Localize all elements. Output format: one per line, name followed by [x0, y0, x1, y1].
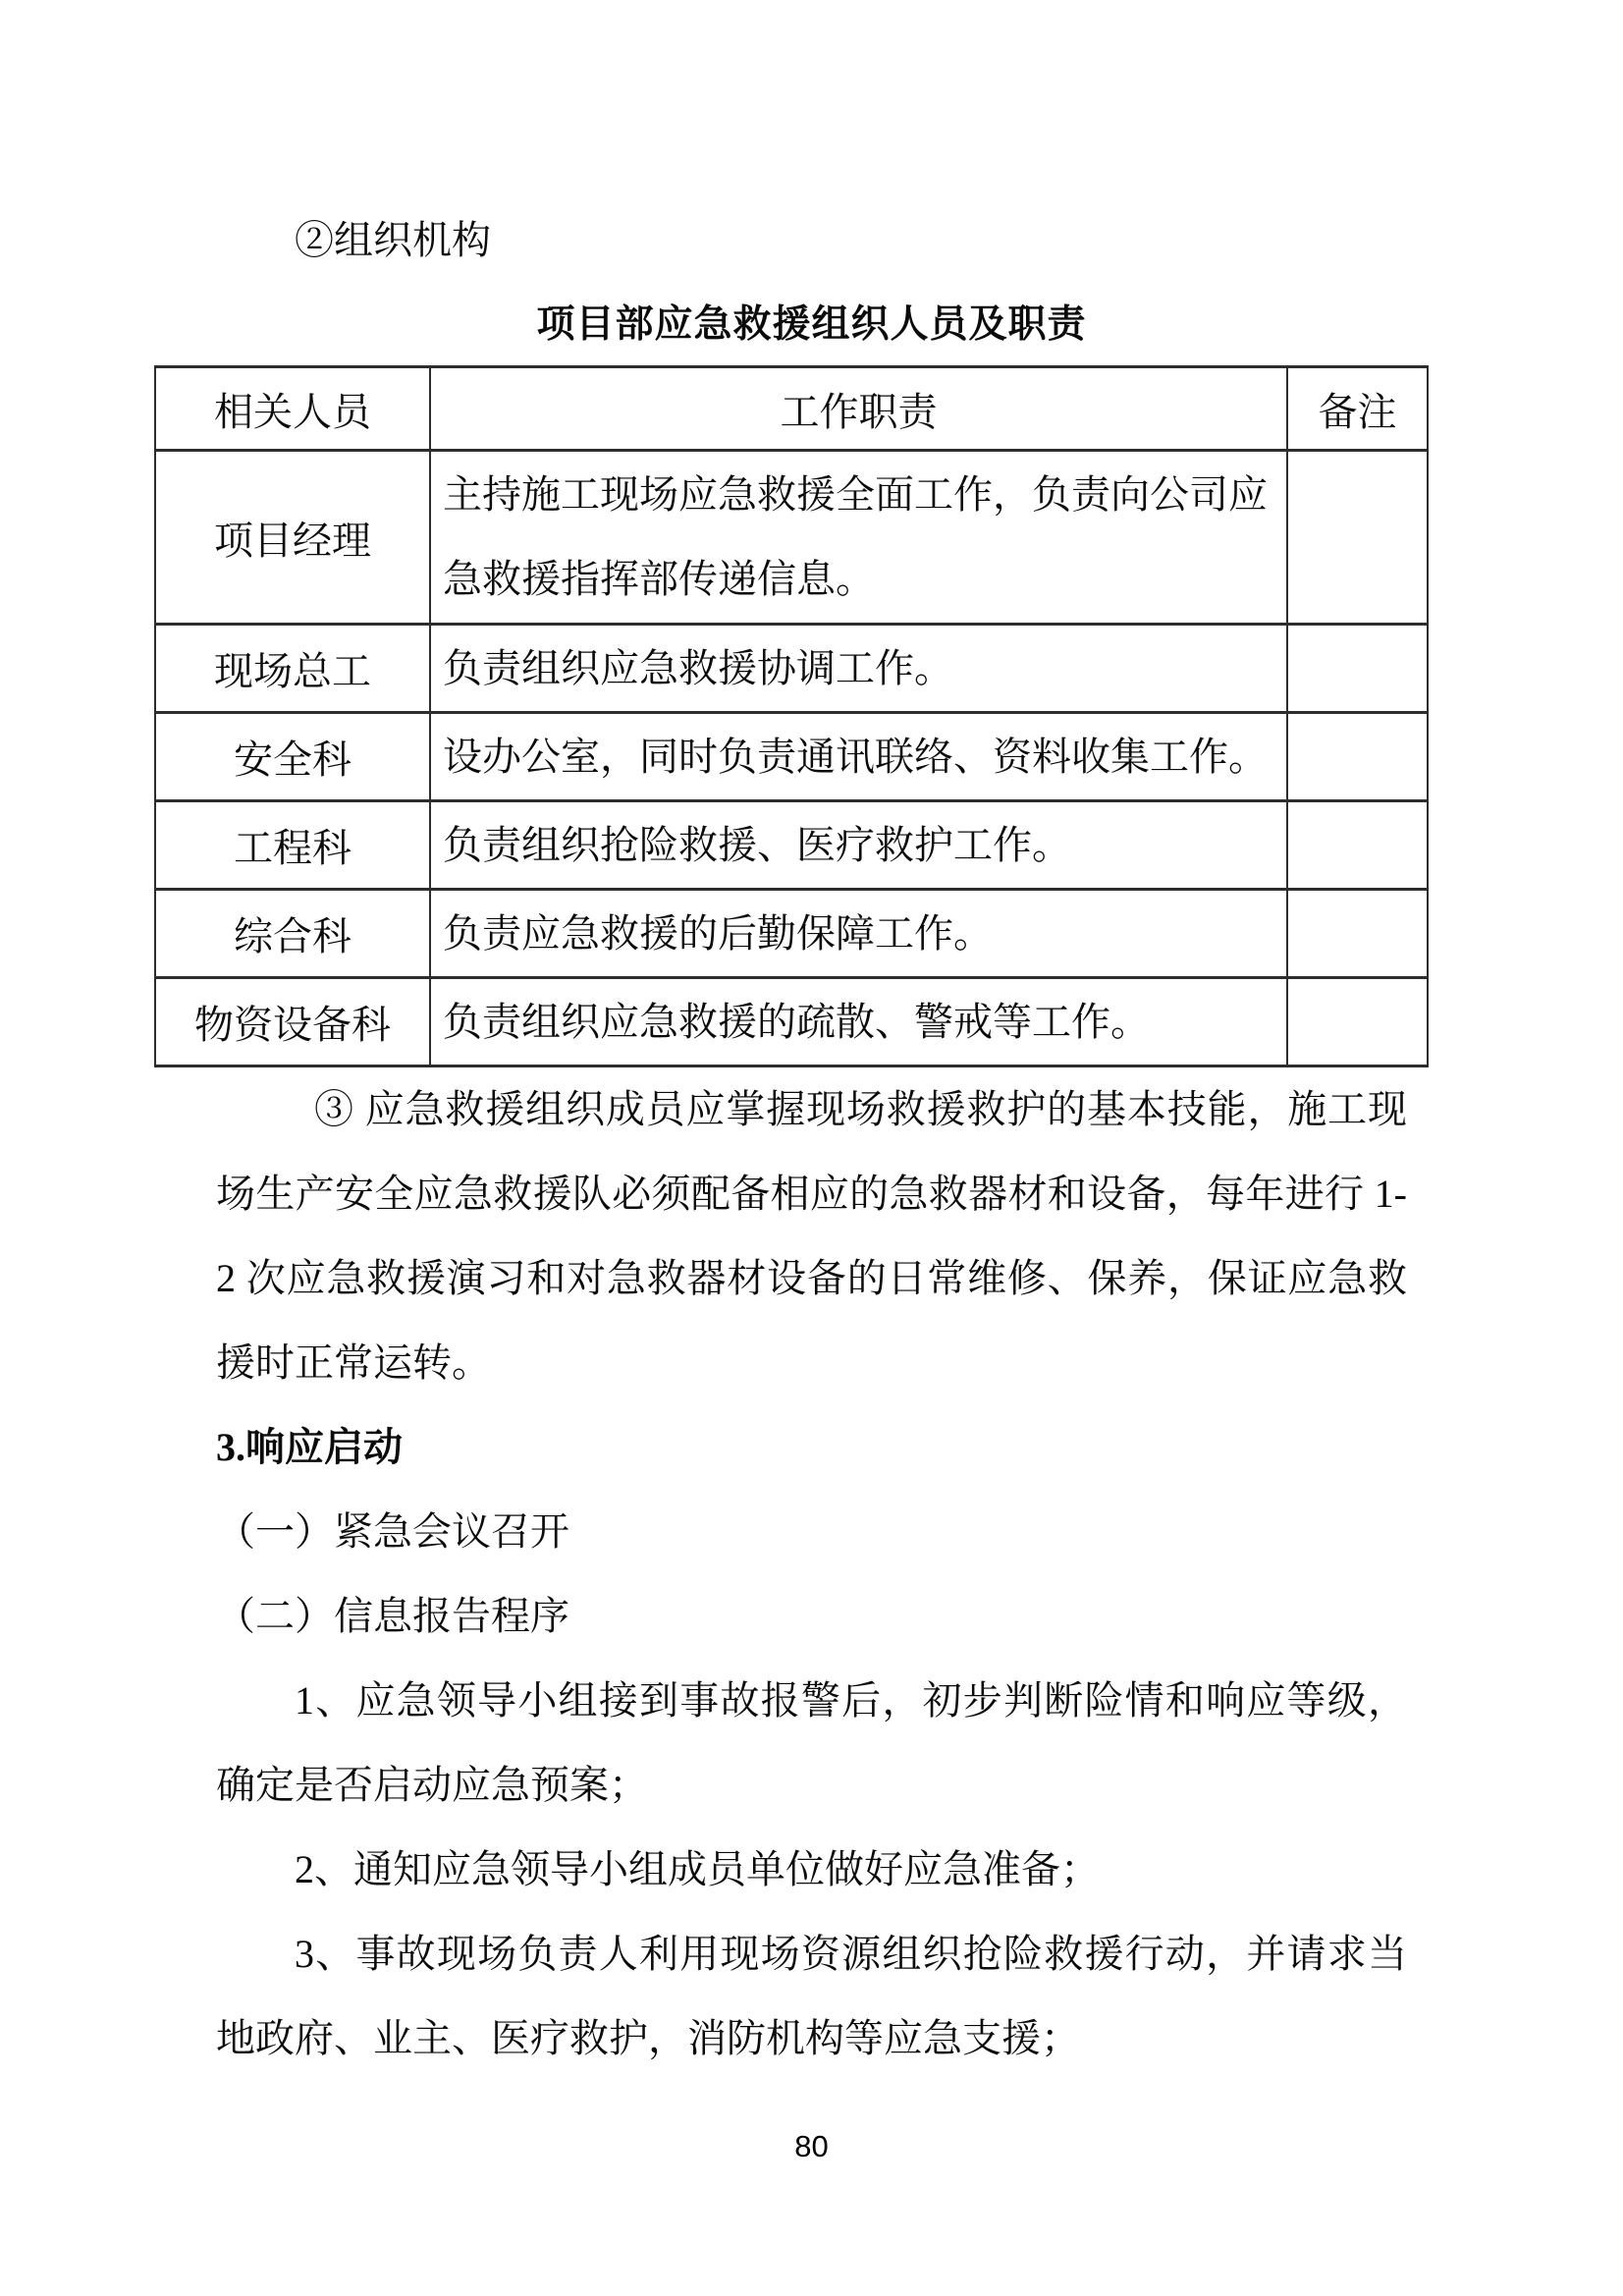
- table-row: 综合科 负责应急救援的后勤保障工作。: [155, 890, 1428, 978]
- note-cell: [1287, 625, 1428, 713]
- heading-response-start: 3.响应启动: [216, 1405, 1407, 1490]
- duty-cell: 负责组织抢险救援、医疗救护工作。: [430, 801, 1287, 890]
- person-cell: 现场总工: [155, 625, 430, 713]
- duty-cell: 负责组织应急救援协调工作。: [430, 625, 1287, 713]
- duty-cell: 负责应急救援的后勤保障工作。: [430, 890, 1287, 978]
- person-cell: 综合科: [155, 890, 430, 978]
- note-cell: [1287, 451, 1428, 625]
- table-row: 项目经理 主持施工现场应急救援全面工作，负责向公司应急救援指挥部传递信息。: [155, 451, 1428, 625]
- duty-cell: 负责组织应急救援的疏散、警戒等工作。: [430, 978, 1287, 1066]
- person-cell: 项目经理: [155, 451, 430, 625]
- list-item-2: 2、通知应急领导小组成员单位做好应急准备；: [216, 1828, 1407, 1912]
- table-row: 工程科 负责组织抢险救援、医疗救护工作。: [155, 801, 1428, 890]
- subheading-emergency-meeting: （一）紧急会议召开: [216, 1490, 1407, 1574]
- duty-cell: 设办公室，同时负责通讯联络、资料收集工作。: [430, 713, 1287, 801]
- page-content: ②组织机构 项目部应急救援组织人员及职责 相关人员 工作职责 备注 项目经理 主…: [216, 196, 1407, 2081]
- table-header-row: 相关人员 工作职责 备注: [155, 367, 1428, 451]
- column-header-duty: 工作职责: [430, 367, 1287, 451]
- table-title: 项目部应急救援组织人员及职责: [216, 285, 1407, 365]
- table-row: 物资设备科 负责组织应急救援的疏散、警戒等工作。: [155, 978, 1428, 1066]
- person-cell: 安全科: [155, 713, 430, 801]
- note-cell: [1287, 890, 1428, 978]
- section-label: ②组织机构: [216, 196, 1407, 285]
- column-header-person: 相关人员: [155, 367, 430, 451]
- list-item-1: 1、应急领导小组接到事故报警后，初步判断险情和响应等级，确定是否启动应急预案；: [216, 1659, 1407, 1828]
- person-cell: 物资设备科: [155, 978, 430, 1066]
- person-cell: 工程科: [155, 801, 430, 890]
- list-item-3: 3、事故现场负责人利用现场资源组织抢险救援行动，并请求当地政府、业主、医疗救护，…: [216, 1912, 1407, 2081]
- table-row: 安全科 设办公室，同时负责通讯联络、资料收集工作。: [155, 713, 1428, 801]
- duty-cell: 主持施工现场应急救援全面工作，负责向公司应急救援指挥部传递信息。: [430, 451, 1287, 625]
- column-header-note: 备注: [1287, 367, 1428, 451]
- note-cell: [1287, 713, 1428, 801]
- note-cell: [1287, 801, 1428, 890]
- duty-table: 相关人员 工作职责 备注 项目经理 主持施工现场应急救援全面工作，负责向公司应急…: [154, 365, 1429, 1067]
- document-page: ②组织机构 项目部应急救援组织人员及职责 相关人员 工作职责 备注 项目经理 主…: [0, 0, 1623, 2296]
- page-number: 80: [0, 2119, 1623, 2174]
- paragraph-item-3: ③ 应急救援组织成员应掌握现场救援救护的基本技能，施工现场生产安全应急救援队必须…: [216, 1067, 1407, 1405]
- note-cell: [1287, 978, 1428, 1066]
- table-row: 现场总工 负责组织应急救援协调工作。: [155, 625, 1428, 713]
- subheading-info-report-procedure: （二）信息报告程序: [216, 1574, 1407, 1659]
